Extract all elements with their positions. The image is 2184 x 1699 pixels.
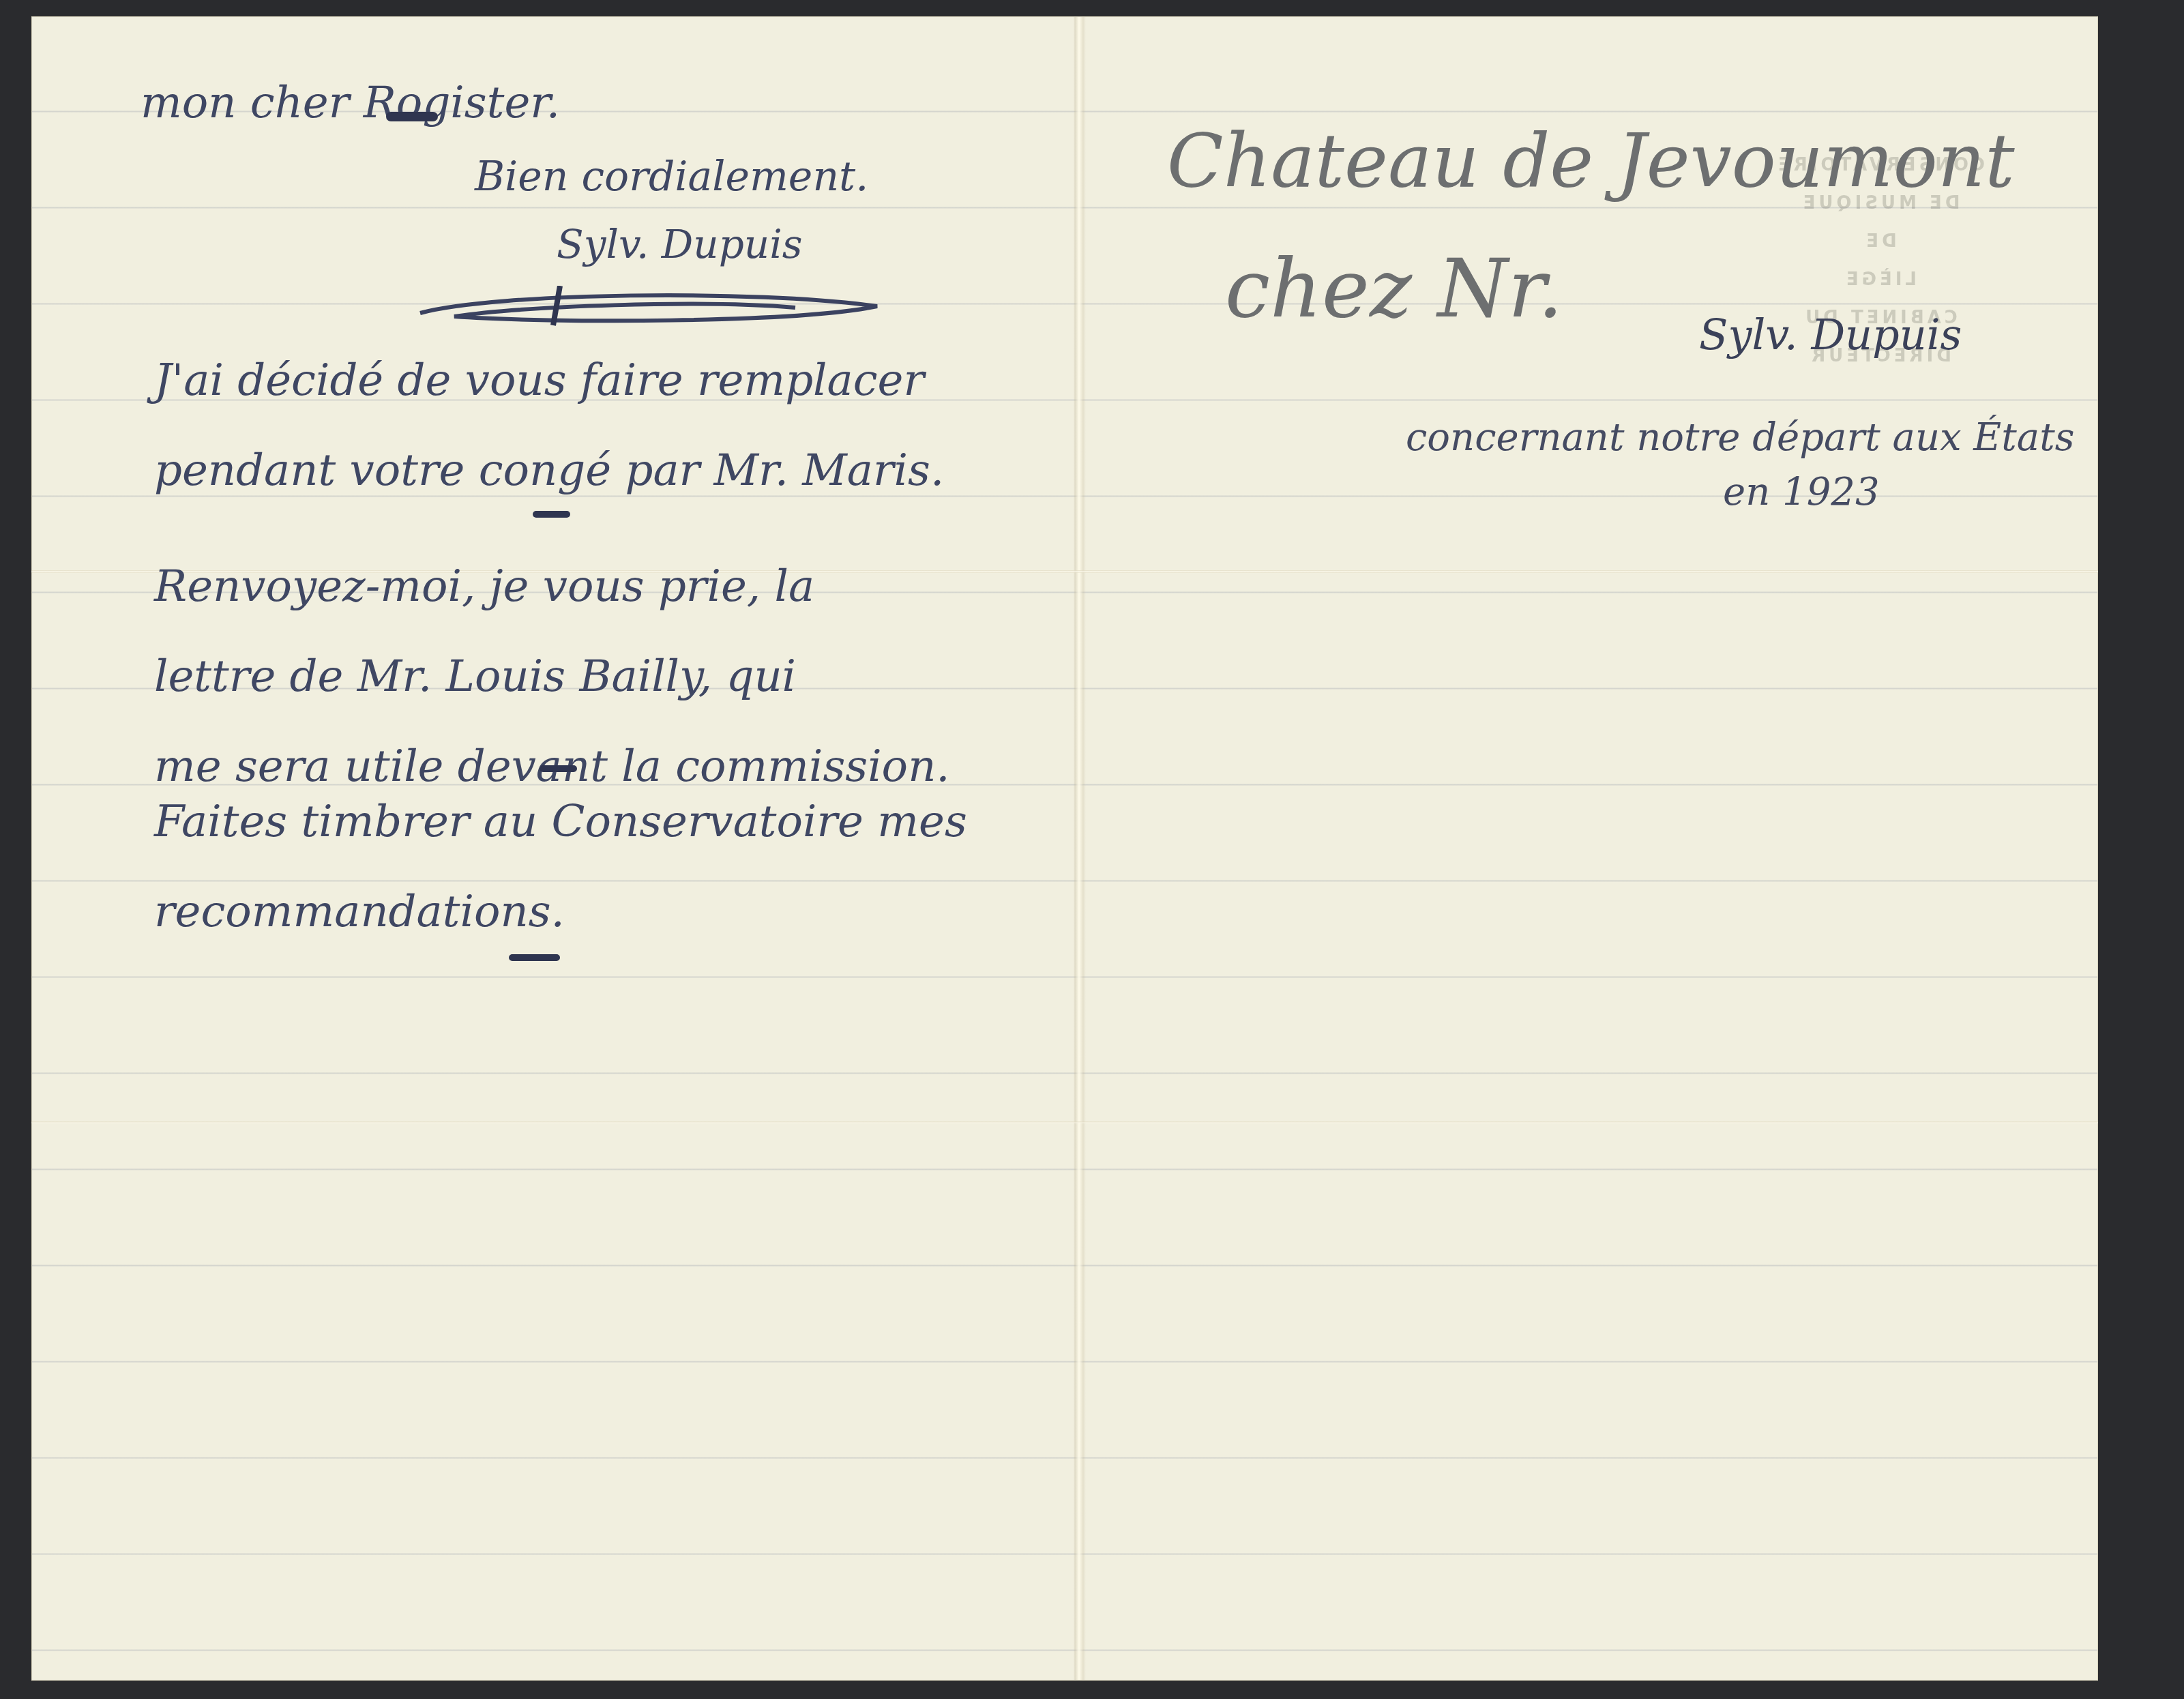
text-line: lettre de Mr. Louis Bailly, qui (154, 632, 950, 722)
pencil-note-location: Chateau de Jevoumont (1167, 119, 2015, 204)
separator-dash (509, 954, 560, 961)
watermark-showthrough: ​ (1167, 712, 2054, 974)
signature-right: Sylv. Dupuis (1699, 310, 1962, 359)
paragraph-recommendations: Faites timbrer au Conservatoire mes reco… (154, 777, 967, 957)
letterhead-line: LIÈGE (1774, 261, 1986, 299)
closing: Bien cordialement. (475, 153, 868, 201)
text-line: pendant votre congé par Mr. Maris. (154, 426, 944, 516)
pencil-note-chez: chez Nr. (1225, 241, 1563, 336)
letterhead-line: DE (1774, 222, 1986, 261)
paragraph-replacement: J'ai décidé de vous faire remplacer pend… (154, 336, 944, 516)
text-line: recommandations. (154, 867, 967, 957)
salutation: mon cher Rogister. (141, 78, 560, 128)
signature-flourish (413, 286, 891, 327)
annotation-line-1: concernant notre départ aux États (1406, 415, 2074, 460)
left-page: mon cher Rogister. Bien cordialement. Sy… (31, 16, 1075, 1681)
salutation-dash (386, 112, 438, 121)
right-page: ​ CONSERVATOIRE DE MUSIQUE DE LIÈGE CABI… (1085, 16, 2098, 1681)
signature: Sylv. Dupuis (557, 221, 802, 267)
separator-dash (533, 511, 570, 518)
text-line: Faites timbrer au Conservatoire mes (154, 777, 967, 867)
letter-sheet: mon cher Rogister. Bien cordialement. Sy… (31, 16, 2098, 1681)
text-line: J'ai décidé de vous faire remplacer (154, 336, 944, 426)
text-line: Renvoyez-moi, je vous prie, la (154, 542, 950, 632)
separator-dash (540, 765, 577, 772)
annotation-line-2: en 1923 (1723, 470, 1880, 514)
